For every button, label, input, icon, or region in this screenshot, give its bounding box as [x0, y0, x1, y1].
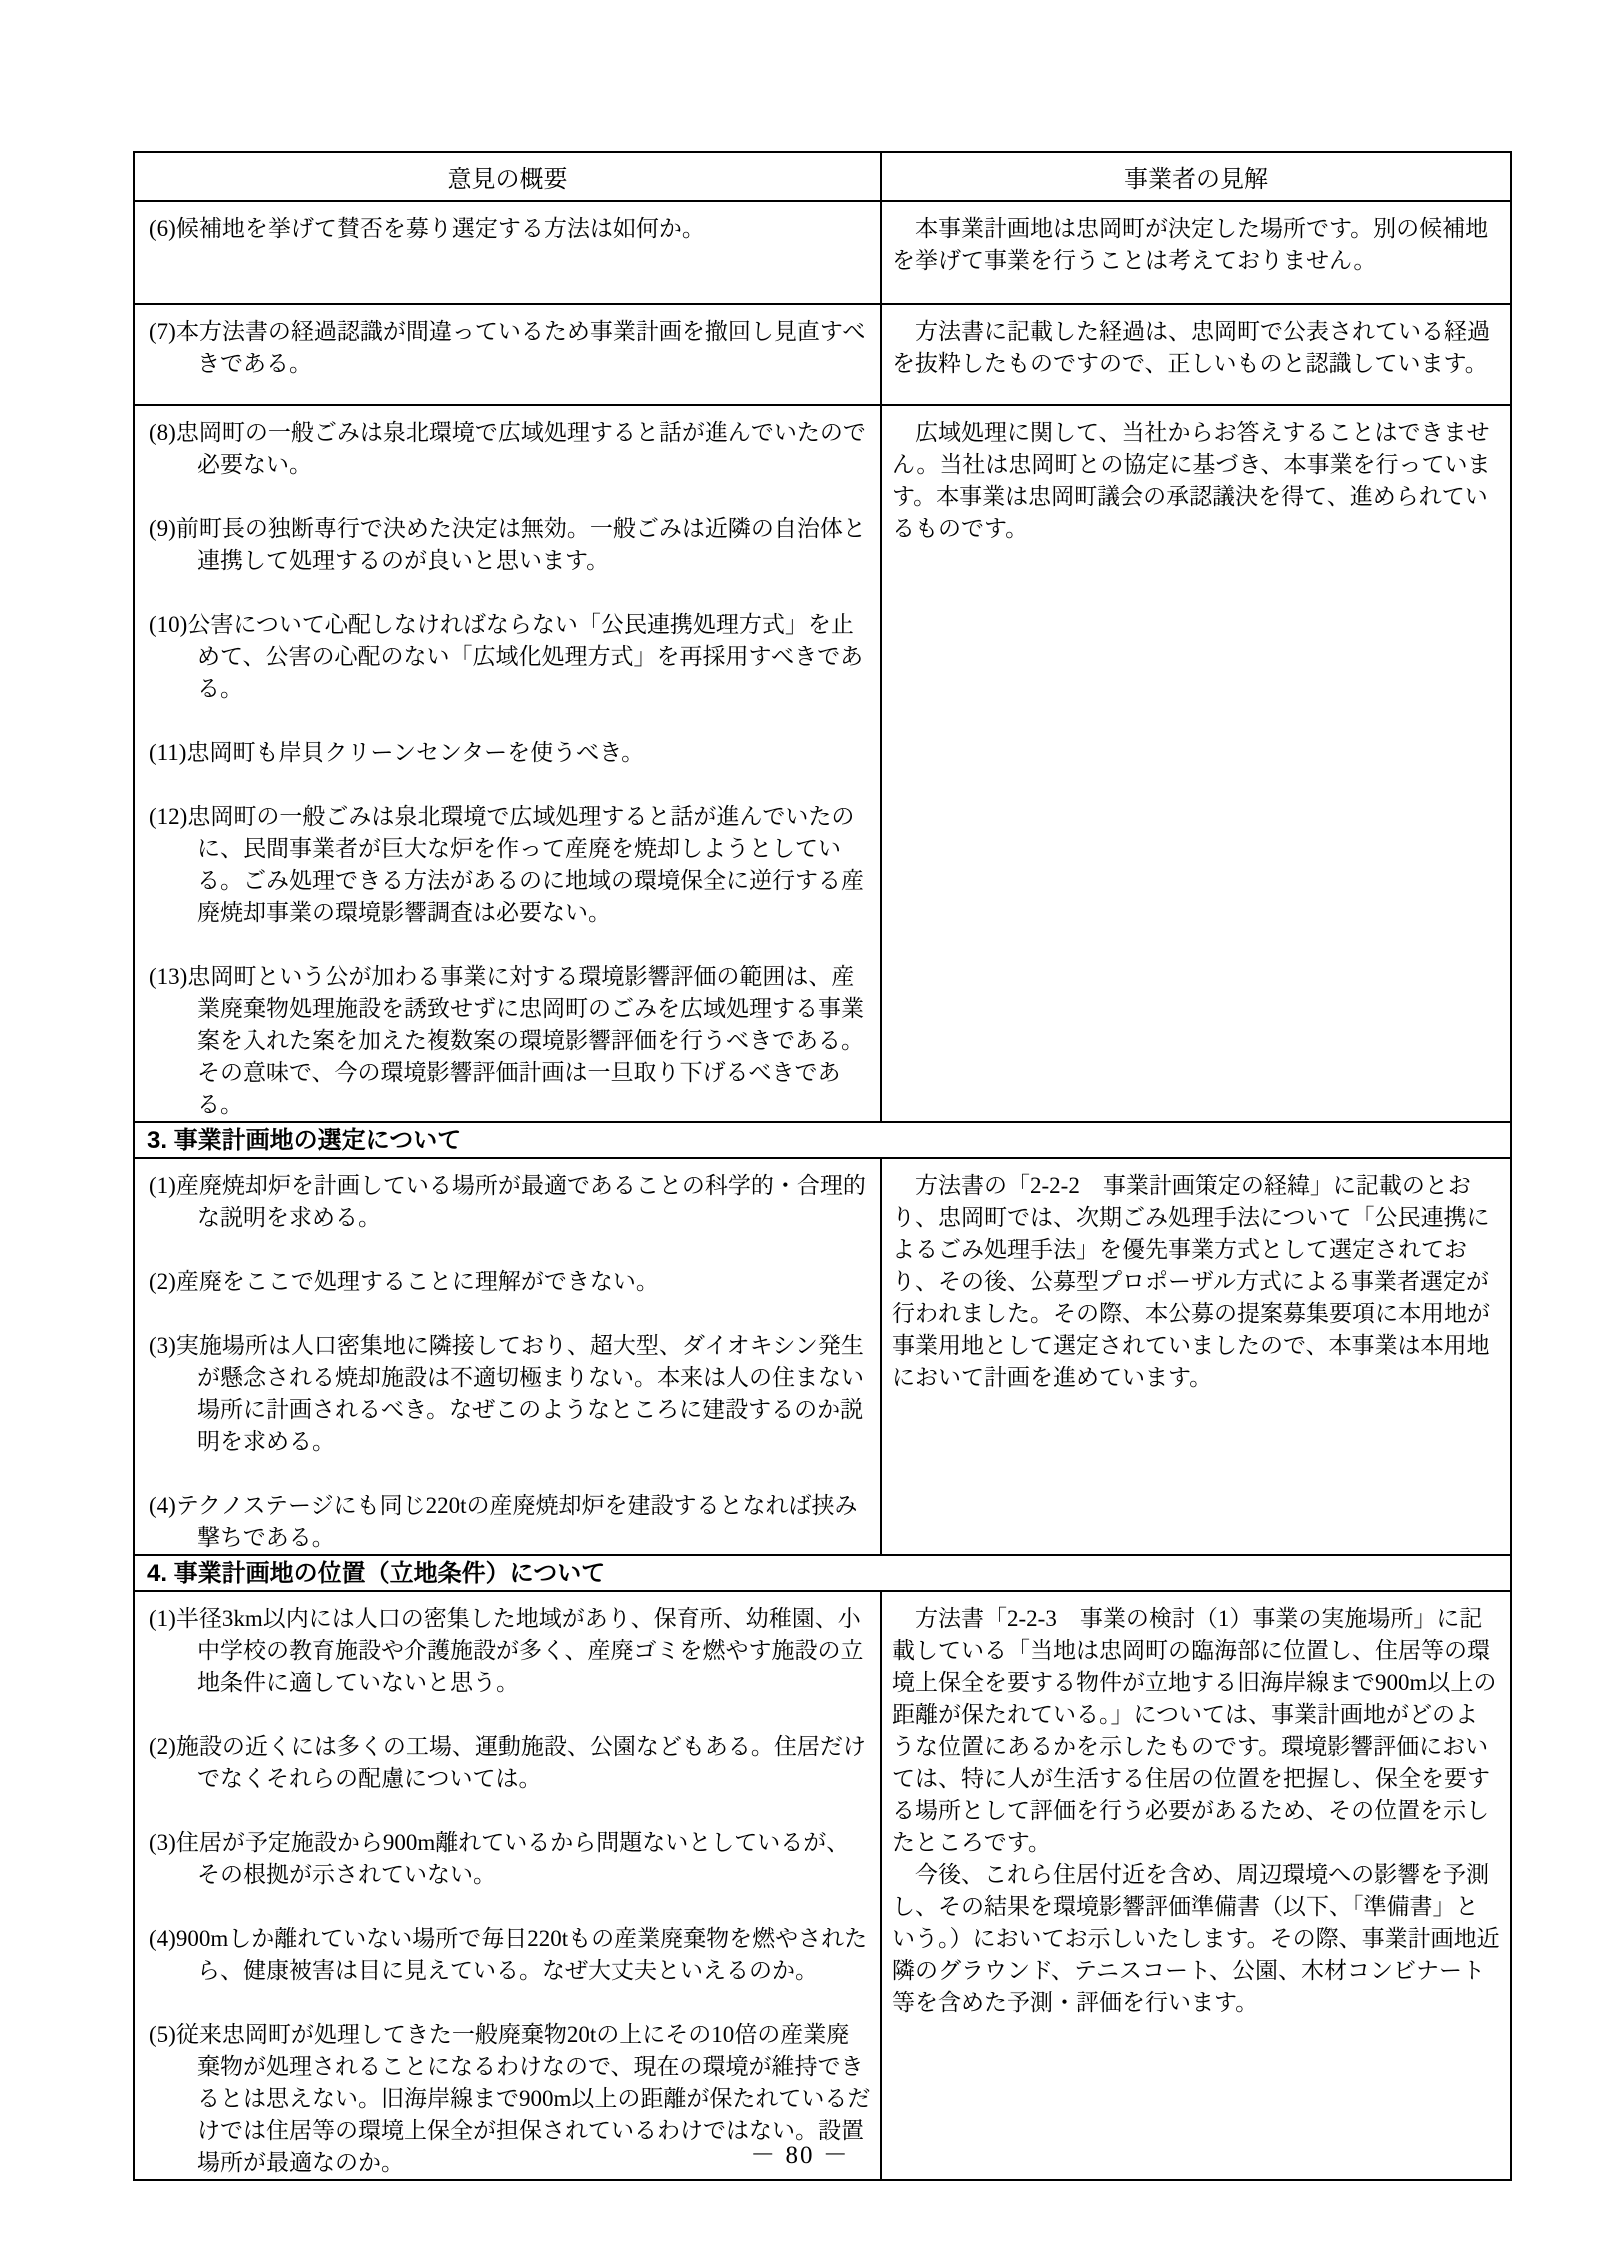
section-header-row-4: 4. 事業計画地の位置（立地条件）について — [134, 1555, 1511, 1591]
operator-answer: 本事業計画地は忠岡町が決定した場所です。別の候補地を挙げて事業を行うことは考えて… — [892, 213, 1500, 277]
opinion-item-11: (11)忠岡町も岸貝クリーンセンターを使うべき。 — [149, 737, 872, 769]
opinion-item-13: (13)忠岡町という公が加わる事業に対する環境影響評価の範囲は、産業廃棄物処理施… — [149, 961, 872, 1121]
opinion-item-s3-4: (4)テクノステージにも同じ220tの産廃焼却炉を建設するとなれば挟み撃ちである… — [149, 1490, 872, 1554]
opinion-cell: (1)産廃焼却炉を計画している場所が最適であることの科学的・合理的な説明を求める… — [134, 1158, 881, 1555]
document-page: 意見の概要 事業者の見解 (6)候補地を挙げて賛否を募り選定する方法は如何か。 … — [0, 0, 1600, 2263]
operator-answer-paragraph-2: 今後、これら住居付近を含め、周辺環境への影響を予測し、その結果を環境影響評価準備… — [892, 1859, 1500, 2019]
opinion-item-7: (7)本方法書の経過認識が間違っているため事業計画を撤回し見直すべきである。 — [149, 316, 872, 380]
answer-cell: 広域処理に関して、当社からお答えすることはできません。当社は忠岡町との協定に基づ… — [881, 405, 1511, 1122]
opinion-cell: (7)本方法書の経過認識が間違っているため事業計画を撤回し見直すべきである。 — [134, 304, 881, 405]
operator-answer: 方法書の「2-2-2 事業計画策定の経緯」に記載のとおり、忠岡町では、次期ごみ処… — [892, 1170, 1500, 1394]
column-header-opinion-summary: 意見の概要 — [134, 152, 881, 201]
table-header-row: 意見の概要 事業者の見解 — [134, 152, 1511, 201]
column-header-operator-view: 事業者の見解 — [881, 152, 1511, 201]
opinion-item-10: (10)公害について心配しなければならない「公民連携処理方式」を止めて、公害の心… — [149, 609, 872, 705]
table-row-section3-items: (1)産廃焼却炉を計画している場所が最適であることの科学的・合理的な説明を求める… — [134, 1158, 1511, 1555]
opinion-item-s3-1: (1)産廃焼却炉を計画している場所が最適であることの科学的・合理的な説明を求める… — [149, 1170, 872, 1234]
answer-cell: 方法書の「2-2-2 事業計画策定の経緯」に記載のとおり、忠岡町では、次期ごみ処… — [881, 1158, 1511, 1555]
opinion-item-s4-4: (4)900mしか離れていない場所で毎日220tもの産業廃棄物を燃やされたら、健… — [149, 1923, 872, 1987]
opinion-item-9: (9)前町長の独断専行で決めた決定は無効。一般ごみは近隣の自治体と連携して処理す… — [149, 513, 872, 577]
operator-answer: 広域処理に関して、当社からお答えすることはできません。当社は忠岡町との協定に基づ… — [892, 417, 1500, 545]
opinion-cell: (1)半径3km以内には人口の密集した地域があり、保育所、幼稚園、小中学校の教育… — [134, 1591, 881, 2180]
opinion-item-8: (8)忠岡町の一般ごみは泉北環境で広域処理すると話が進んでいたので必要ない。 — [149, 417, 872, 481]
opinion-cell: (6)候補地を挙げて賛否を募り選定する方法は如何か。 — [134, 201, 881, 304]
opinion-response-table: 意見の概要 事業者の見解 (6)候補地を挙げて賛否を募り選定する方法は如何か。 … — [133, 151, 1512, 2181]
table-row-items8-13: (8)忠岡町の一般ごみは泉北環境で広域処理すると話が進んでいたので必要ない。 (… — [134, 405, 1511, 1122]
opinion-item-s3-2: (2)産廃をここで処理することに理解ができない。 — [149, 1266, 872, 1298]
page-number: － 80 － — [0, 2135, 1600, 2171]
section-title-3: 3. 事業計画地の選定について — [134, 1122, 1511, 1158]
table-row-item7: (7)本方法書の経過認識が間違っているため事業計画を撤回し見直すべきである。 方… — [134, 304, 1511, 405]
answer-cell: 方法書「2-2-3 事業の検討（1）事業の実施場所」に記載している「当地は忠岡町… — [881, 1591, 1511, 2180]
operator-answer: 方法書に記載した経過は、忠岡町で公表されている経過を抜粋したものですので、正しい… — [892, 316, 1500, 380]
section-header-row-3: 3. 事業計画地の選定について — [134, 1122, 1511, 1158]
opinion-item-s4-2: (2)施設の近くには多くの工場、運動施設、公園などもある。住居だけでなくそれらの… — [149, 1731, 872, 1795]
operator-answer-paragraph-1: 方法書「2-2-3 事業の検討（1）事業の実施場所」に記載している「当地は忠岡町… — [892, 1603, 1500, 1859]
opinion-cell: (8)忠岡町の一般ごみは泉北環境で広域処理すると話が進んでいたので必要ない。 (… — [134, 405, 881, 1122]
opinion-item-6: (6)候補地を挙げて賛否を募り選定する方法は如何か。 — [149, 213, 872, 245]
section-title-4: 4. 事業計画地の位置（立地条件）について — [134, 1555, 1511, 1591]
answer-cell: 本事業計画地は忠岡町が決定した場所です。別の候補地を挙げて事業を行うことは考えて… — [881, 201, 1511, 304]
opinion-item-12: (12)忠岡町の一般ごみは泉北環境で広域処理すると話が進んでいたのに、民間事業者… — [149, 801, 872, 929]
opinion-item-s3-3: (3)実施場所は人口密集地に隣接しており、超大型、ダイオキシン発生が懸念される焼… — [149, 1330, 872, 1458]
answer-cell: 方法書に記載した経過は、忠岡町で公表されている経過を抜粋したものですので、正しい… — [881, 304, 1511, 405]
opinion-item-s4-3: (3)住居が予定施設から900m離れているから問題ないとしているが、その根拠が示… — [149, 1827, 872, 1891]
table-row-section4-items: (1)半径3km以内には人口の密集した地域があり、保育所、幼稚園、小中学校の教育… — [134, 1591, 1511, 2180]
table-row-item6: (6)候補地を挙げて賛否を募り選定する方法は如何か。 本事業計画地は忠岡町が決定… — [134, 201, 1511, 304]
opinion-item-s4-1: (1)半径3km以内には人口の密集した地域があり、保育所、幼稚園、小中学校の教育… — [149, 1603, 872, 1699]
